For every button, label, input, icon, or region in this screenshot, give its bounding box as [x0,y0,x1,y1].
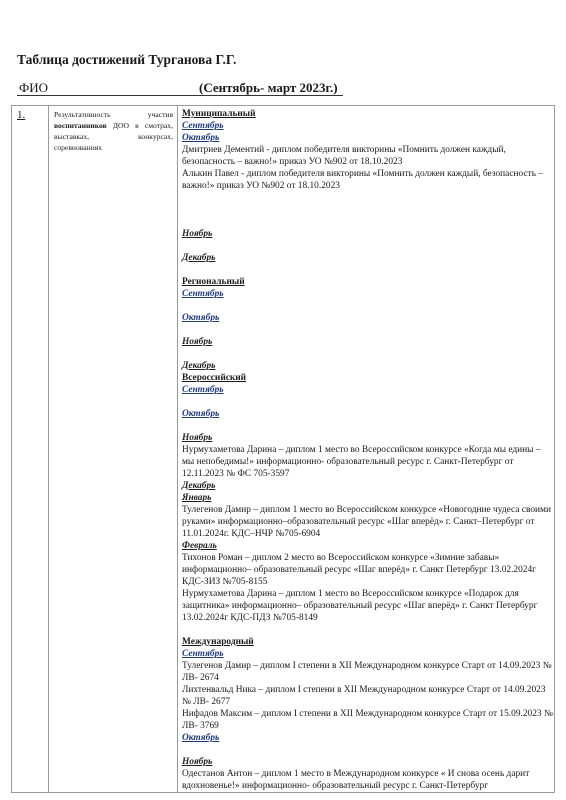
month-link[interactable]: Октябрь [182,408,554,420]
level-municipal: Муниципальный [182,108,554,120]
month-link[interactable]: Сентябрь [182,648,554,660]
fio-line: ФИО (Сентябрь- март 2023г.) [17,80,343,96]
criterion-text: Результативность участия воспитанников Д… [49,106,177,153]
level-allrussian: Всероссийский [182,372,554,384]
list-item: Нурмухаметова Дарина – диплом 1 место во… [182,444,554,480]
period-label: (Сентябрь- март 2023г.) [199,80,338,95]
list-item: Тихонов Роман – диплом 2 место во Всерос… [182,552,554,588]
criterion-part1: Результативность участия [54,110,173,119]
month-link[interactable]: Сентябрь [182,288,554,300]
document-title: Таблица достижений Турганова Г.Г. [17,52,236,68]
list-item: Тулегенов Дамир – диплом I степени в XII… [182,660,554,684]
month-link[interactable]: Октябрь [182,312,554,324]
list-item: Нурмухаметова Дарина – диплом 1 место во… [182,588,554,624]
month-link[interactable]: Сентябрь [182,120,554,132]
criterion-cell: Результативность участия воспитанников Д… [49,106,178,793]
month-link[interactable]: Октябрь [182,132,554,144]
criterion-bold: воспитанников [54,121,107,130]
list-item: Тулегенов Дамир – диплом 1 место во Всер… [182,504,554,540]
month-link[interactable]: Сентябрь [182,384,554,396]
row-number: 1. [12,106,49,793]
month-link[interactable]: Октябрь [182,732,554,744]
table-row: 1. Результативность участия воспитаннико… [12,106,555,793]
fio-label: ФИО [19,80,48,95]
month-link[interactable]: Ноябрь [182,756,554,768]
level-regional: Региональный [182,276,554,288]
month-link[interactable]: Ноябрь [182,336,554,348]
month-link[interactable]: Январь [182,492,554,504]
list-item: Алькин Павел - диплом победителя виктори… [182,168,554,192]
achievements-table: 1. Результативность участия воспитаннико… [11,105,555,793]
list-item: Лихтенвальд Ника – диплом I степени в XI… [182,684,554,708]
achievements-cell: Муниципальный Сентябрь Октябрь Дмитриев … [178,106,555,793]
month-link[interactable]: Февраль [182,540,554,552]
month-link[interactable]: Ноябрь [182,228,554,240]
month-link[interactable]: Декабрь [182,252,554,264]
level-international: Международный [182,636,554,648]
list-item: Одестанов Антон – диплом 1 место в Между… [182,768,554,792]
list-item: Дмитриев Дементий - диплом победителя ви… [182,144,554,168]
list-item: Нифадов Максим – диплом I степени в XII … [182,708,554,732]
month-link[interactable]: Декабрь [182,480,554,492]
month-link[interactable]: Ноябрь [182,432,554,444]
month-link[interactable]: Декабрь [182,360,554,372]
